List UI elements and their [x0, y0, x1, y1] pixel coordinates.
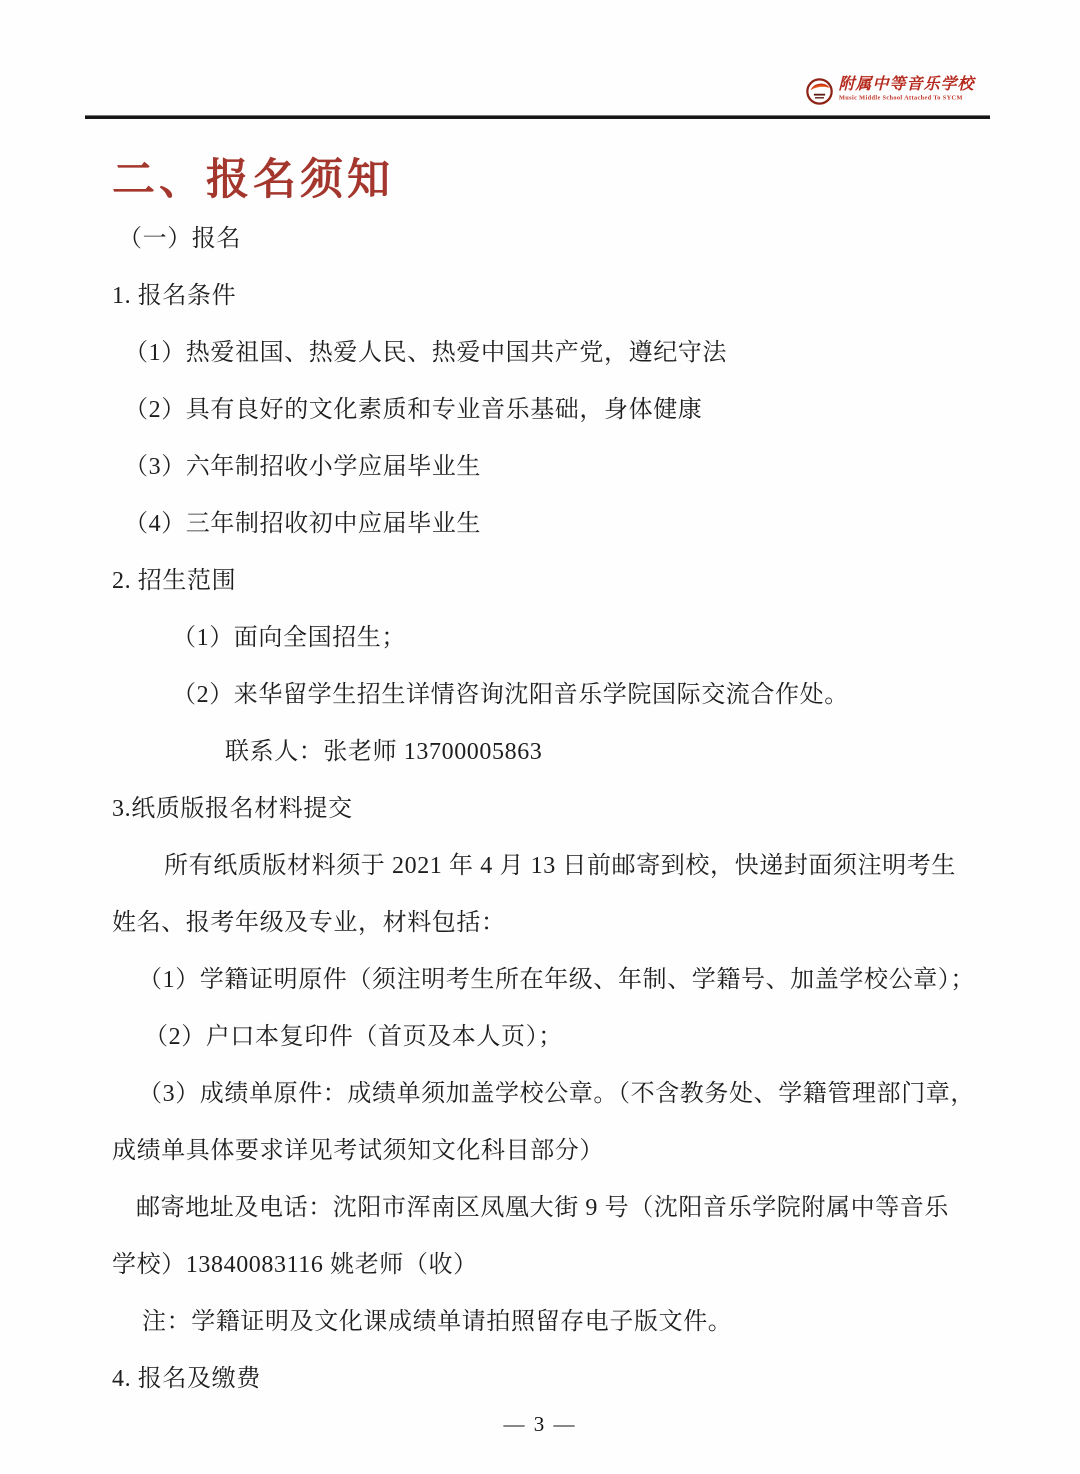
text-line: 姓名、报考年级及专业，材料包括： [112, 895, 1002, 952]
text-line: （4）三年制招收初中应届毕业生 [112, 496, 1002, 553]
school-logo-text: 附属中等音乐学校 Music Middle School Attached To… [839, 76, 977, 103]
school-logo: 附属中等音乐学校 Music Middle School Attached To… [806, 76, 977, 105]
school-name-cn: 附属中等音乐学校 [839, 76, 975, 94]
page-number: — 3 — [504, 1412, 577, 1436]
text-line: 所有纸质版材料须于 2021 年 4 月 13 日前邮寄到校，快递封面须注明考生 [112, 838, 1002, 895]
text-line: （2）具有良好的文化素质和专业音乐基础，身体健康 [112, 382, 1002, 439]
text-line: 1. 报名条件 [112, 268, 1002, 325]
document-body: （一）报名 1. 报名条件 （1）热爱祖国、热爱人民、热爱中国共产党，遵纪守法 … [112, 211, 1002, 1408]
text-line: 4. 报名及缴费 [112, 1351, 1002, 1408]
document-page: 附属中等音乐学校 Music Middle School Attached To… [0, 0, 1080, 1474]
text-line: （3）六年制招收小学应届毕业生 [112, 439, 1002, 496]
text-line: 联系人：张老师 13700005863 [112, 724, 1002, 781]
text-line: 3.纸质版报名材料提交 [112, 781, 1002, 838]
text-line: 学校）13840083116 姚老师（收） [112, 1237, 1002, 1294]
text-line: 注：学籍证明及文化课成绩单请拍照留存电子版文件。 [112, 1294, 1002, 1351]
text-line: （1）面向全国招生； [112, 610, 1002, 667]
text-line: （2）来华留学生招生详情咨询沈阳音乐学院国际交流合作处。 [112, 667, 1002, 724]
page-footer: — 3 — [0, 1412, 1080, 1437]
school-seal-icon [806, 78, 833, 105]
school-name-en: Music Middle School Attached To SYCM [839, 94, 963, 102]
text-line: 邮寄地址及电话：沈阳市浑南区凤凰大街 9 号（沈阳音乐学院附属中等音乐 [112, 1180, 1002, 1237]
section-title: 二、报名须知 [112, 150, 394, 212]
text-line: （1）热爱祖国、热爱人民、热爱中国共产党，遵纪守法 [112, 325, 1002, 382]
text-line: （1）学籍证明原件（须注明考生所在年级、年制、学籍号、加盖学校公章）； [112, 952, 1002, 1009]
text-line: （一）报名 [112, 211, 1002, 268]
text-line: （2）户口本复印件（首页及本人页）； [112, 1009, 1002, 1066]
text-line: 2. 招生范围 [112, 553, 1002, 610]
header-divider [85, 115, 990, 119]
text-line: 成绩单具体要求详见考试须知文化科目部分） [112, 1123, 1002, 1180]
text-line: （3）成绩单原件：成绩单须加盖学校公章。（不含教务处、学籍管理部门章， [112, 1066, 1002, 1123]
